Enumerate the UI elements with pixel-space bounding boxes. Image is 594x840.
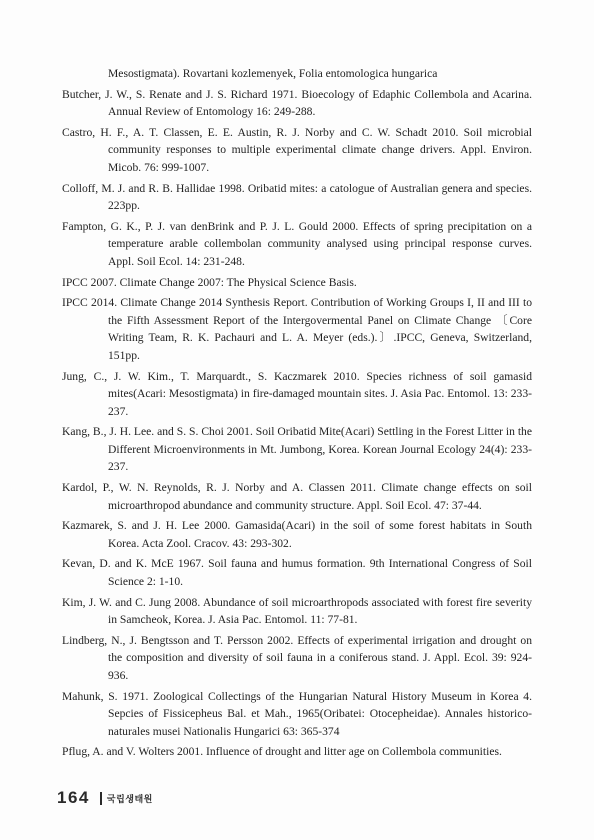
reference-entry: IPCC 2007. Climate Change 2007: The Phys… — [62, 274, 532, 292]
document-page: Mesostigmata). Rovartani kozlemenyek, Fo… — [0, 0, 594, 840]
reference-entry: Fampton, G. K., P. J. van denBrink and P… — [62, 218, 532, 271]
reference-entry: Mahunk, S. 1971. Zoological Collectings … — [62, 688, 532, 741]
reference-entry: Kevan, D. and K. McE 1967. Soil fauna an… — [62, 555, 532, 590]
reference-entry: Kardol, P., W. N. Reynolds, R. J. Norby … — [62, 479, 532, 514]
reference-entry: Pflug, A. and V. Wolters 2001. Influence… — [62, 743, 532, 761]
reference-entry: IPCC 2014. Climate Change 2014 Synthesis… — [62, 294, 532, 364]
reference-entry: Kim, J. W. and C. Jung 2008. Abundance o… — [62, 594, 532, 629]
page-footer: 164 국립생태원 — [57, 788, 153, 808]
reference-entry: Colloff, M. J. and R. B. Hallidae 1998. … — [62, 180, 532, 215]
organization-name: 국립생태원 — [107, 792, 153, 805]
references-list: Mesostigmata). Rovartani kozlemenyek, Fo… — [62, 65, 532, 764]
reference-entry: Kazmarek, S. and J. H. Lee 2000. Gamasid… — [62, 517, 532, 552]
reference-entry: Jung, C., J. W. Kim., T. Marquardt., S. … — [62, 368, 532, 421]
reference-continuation: Mesostigmata). Rovartani kozlemenyek, Fo… — [62, 65, 532, 83]
reference-entry: Kang, B., J. H. Lee. and S. S. Choi 2001… — [62, 423, 532, 476]
reference-entry: Butcher, J. W., S. Renate and J. S. Rich… — [62, 86, 532, 121]
footer-divider — [100, 792, 102, 805]
reference-entry: Castro, H. F., A. T. Classen, E. E. Aust… — [62, 124, 532, 177]
reference-entry: Lindberg, N., J. Bengtsson and T. Persso… — [62, 632, 532, 685]
page-number: 164 — [57, 788, 90, 808]
